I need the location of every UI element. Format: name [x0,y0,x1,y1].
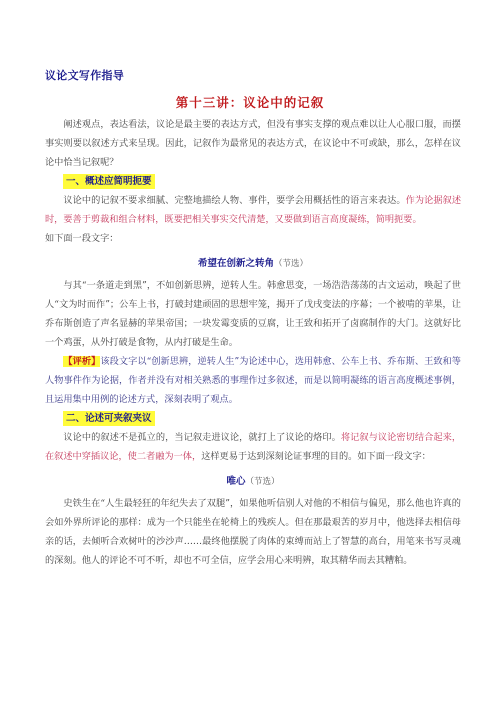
section2-plain-text: 议论中的叙述不是孤立的，当记叙走进议论，就打上了议论的烙印。 [63,432,340,443]
excerpt-1-note: （节选） [274,259,308,269]
excerpt-title-1: 希望在创新之转角（节选） [45,254,461,274]
excerpt-1-title: 希望在创新之转角 [198,258,274,269]
section2-tail-text: 这样更易于达到深刻论证事理的目的。如下面一段文字： [201,451,431,462]
section2-paragraph: 议论中的叙述不是孤立的，当记叙走进议论，就打上了议论的烙印。将记叙与议论密切结合… [45,428,461,466]
excerpt-2-title: 唯心 [226,476,245,487]
section1-lead-in: 如下面一段文字： [45,229,461,248]
excerpt-title-2: 唯心（节选） [45,472,461,492]
section1-paragraph: 议论中的记叙不要求细腻、完整地描绘人物、事件，要学会用概括性的语言来表达。作为论… [45,191,461,229]
excerpt-2-note: （节选） [246,477,280,487]
series-title: 议论文写作指导 [45,67,124,83]
excerpt-2-text: 史铁生在“人生最轻狂的年纪失去了双腿”，如果他听信别人对他的不相信与偏见，那么他… [45,494,461,570]
document-body: 阐述观点，表达看法，议论是最主要的表达方式，但没有事实支撑的观点难以让人心服口服… [45,115,461,570]
document-page: 议论文写作指导 第十三讲：议论中的记叙 阐述观点，表达看法，议论是最主要的表达方… [0,0,500,707]
comment-label: 【评析】 [63,356,100,367]
section-heading-2: 二、论述可夹叙夹议 [63,411,155,426]
comment-text: 该段文字以“创新思辨，逆转人生”为论述中心，选用韩愈、公车上书、乔布斯、王致和等… [45,356,461,405]
intro-paragraph: 阐述观点，表达看法，议论是最主要的表达方式，但没有事实支撑的观点难以让人心服口服… [45,115,461,172]
comment-paragraph: 【评析】该段文字以“创新思辨，逆转人生”为论述中心，选用韩愈、公车上书、乔布斯、… [45,352,461,409]
lecture-title: 第十三讲：议论中的记叙 [0,93,500,111]
section-heading-1: 一、概述应简明扼要 [63,174,155,189]
section1-plain-text: 议论中的记叙不要求细腻、完整地描绘人物、事件，要学会用概括性的语言来表达。 [63,195,405,206]
excerpt-1-text: 与其“一条道走到黑”，不如创新思辨，逆转人生。韩愈思变，一场浩浩荡荡的古文运动，… [45,276,461,352]
